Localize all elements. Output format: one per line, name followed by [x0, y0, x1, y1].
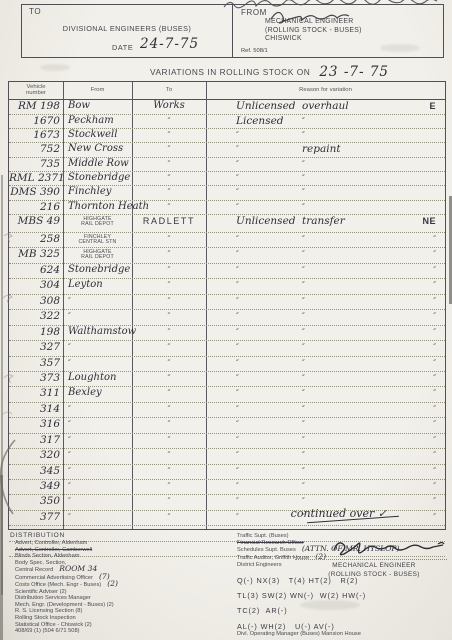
- table-row: 752New Cross″″repaint: [9, 143, 445, 157]
- reason-part-2: ″: [302, 158, 305, 170]
- reason-part-2: ″: [302, 233, 305, 245]
- to-cell: ″: [132, 115, 206, 128]
- reason-part-1: ″: [236, 143, 239, 155]
- column-header-from: From: [63, 87, 132, 93]
- from-cell: ″: [63, 465, 132, 479]
- reason-part-2: ″: [302, 387, 305, 399]
- to-cell: ″: [132, 248, 206, 262]
- reason-part-1: ″: [236, 495, 239, 507]
- table-row: 357″″″″″: [9, 357, 445, 372]
- from-cell: ″: [63, 434, 132, 448]
- vehicle-number-cell: 322: [9, 310, 63, 324]
- licence-status-note: ″: [433, 264, 436, 276]
- from-line-3: CHISWICK: [265, 35, 362, 44]
- to-cell: ″: [132, 465, 206, 479]
- column-header-vehicle: Vehicle number: [9, 84, 63, 97]
- reason-part-2: transfer: [302, 215, 345, 228]
- reason-part-1: Licensed: [236, 115, 284, 128]
- reason-cell: ″″″: [206, 248, 445, 262]
- table-row: 311Bexley″″″″: [9, 387, 445, 402]
- from-cell: ″: [63, 310, 132, 324]
- from-cell: Stonebridge: [63, 264, 132, 278]
- from-cell: New Cross: [63, 143, 132, 156]
- vehicle-number-cell: 308: [9, 295, 63, 309]
- licence-status-note: ″: [433, 387, 436, 399]
- scan-smudge: [300, 600, 360, 610]
- vehicle-number-cell: 317: [9, 434, 63, 448]
- to-cell: ″: [132, 434, 206, 448]
- table-row: RM 198BowWorksUnlicensedoverhaulE: [9, 100, 445, 114]
- reason-cell: ″″″: [206, 341, 445, 355]
- to-cell: ″: [132, 372, 206, 386]
- licence-status-note: ″: [433, 341, 436, 353]
- vehicle-number-cell: 373: [9, 372, 63, 386]
- reason-part-2: ″: [302, 129, 305, 141]
- from-cell: ″: [63, 495, 132, 509]
- licence-status-note: ″: [433, 279, 436, 291]
- scan-edge-right: [449, 196, 452, 304]
- licence-status-note: ″: [433, 449, 436, 461]
- reason-part-2: repaint: [302, 143, 341, 156]
- distribution-list-item: 408/69 (1) (504 6/71 508): [15, 628, 200, 635]
- reason-part-1: ″: [236, 434, 239, 446]
- to-cell: ″: [132, 186, 206, 199]
- table-row: 735Middle Row″″″: [9, 158, 445, 172]
- from-cell: ″: [63, 295, 132, 309]
- to-cell: ″: [132, 233, 206, 247]
- reason-cell: ″repaint: [206, 143, 445, 156]
- from-cell: Walthamstow: [63, 326, 132, 340]
- to-cell: ″: [132, 129, 206, 142]
- reason-part-2: ″: [302, 201, 305, 213]
- licence-status-note: ″: [433, 233, 436, 245]
- from-cell: Finchley: [63, 186, 132, 199]
- table-row: DMS 390Finchley″″″: [9, 186, 445, 200]
- from-label: FROM: [241, 8, 267, 17]
- reason-part-1: Unlicensed: [236, 215, 296, 228]
- list-item-text: Advert, Controller, Aldenham: [15, 540, 87, 546]
- table-row: MBS 49HIGHGATE RAIL DEPOTRADLETTUnlicens…: [9, 215, 445, 233]
- reason-part-1: ″: [236, 158, 239, 170]
- from-cell: Leyton: [63, 279, 132, 293]
- to-cell: ″: [132, 511, 206, 525]
- reason-part-2: overhaul: [302, 100, 349, 113]
- reason-part-2: ″: [302, 403, 305, 415]
- from-cell: ″: [63, 418, 132, 432]
- from-cell: FINCHLEY CENTRAL STN: [63, 233, 132, 247]
- from-cell: Bexley: [63, 387, 132, 401]
- reason-part-1: ″: [236, 295, 239, 307]
- reason-cell: ″″″: [206, 465, 445, 479]
- from-address: MECHANICAL ENGINEER (ROLLING STOCK - BUS…: [265, 18, 362, 44]
- ref-number: Ref. 508/1: [241, 48, 268, 54]
- list-item-text: Traffic Supt. (Buses): [237, 533, 289, 539]
- reason-cell: ″″″: [206, 387, 445, 401]
- reason-cell: ″″″: [206, 279, 445, 293]
- vehicle-number-cell: 327: [9, 341, 63, 355]
- signature-dotted-line: [295, 559, 447, 560]
- to-value: DIVISIONAL ENGINEERS (BUSES): [22, 24, 232, 33]
- licence-status-note: ″: [433, 418, 436, 430]
- reason-part-1: ″: [236, 129, 239, 141]
- vehicle-number-cell: 735: [9, 158, 63, 171]
- licence-status-note: ″: [433, 403, 436, 415]
- table-row: 322″″″″″: [9, 310, 445, 325]
- reason-part-2: ″: [302, 264, 305, 276]
- date-label: DATE: [112, 43, 133, 52]
- to-cell: ″: [132, 201, 206, 214]
- reason-part-2: ″: [302, 418, 305, 430]
- reason-part-2: ″: [302, 357, 305, 369]
- vehicle-number-cell: 624: [9, 264, 63, 278]
- reason-part-2: ″: [302, 480, 305, 492]
- vehicle-number-cell: MB 325: [9, 248, 63, 262]
- reason-part-2: ″: [302, 115, 305, 127]
- from-line-1: MECHANICAL ENGINEER: [265, 18, 362, 27]
- date-value-handwritten: 24-7-75: [140, 36, 199, 52]
- list-item-text: Rolling Stock Inspection: [15, 615, 76, 621]
- licence-status-note: ″: [433, 248, 436, 260]
- table-row: 258FINCHLEY CENTRAL STN″″″″: [9, 233, 445, 248]
- divisional-operating-manager-line: Divl. Operating Manager (Buses) Mansion …: [237, 631, 361, 637]
- from-cell: ″: [63, 403, 132, 417]
- reason-cell: ″″″: [206, 295, 445, 309]
- to-cell: ″: [132, 341, 206, 355]
- to-cell: ″: [132, 326, 206, 340]
- licence-status-note: ″: [433, 434, 436, 446]
- reason-part-1: ″: [236, 465, 239, 477]
- vehicle-number-cell: 349: [9, 480, 63, 494]
- vehicle-number-cell: RML 2371: [9, 172, 63, 185]
- reason-part-1: ″: [236, 186, 239, 198]
- vehicle-number-cell: 377: [9, 511, 63, 525]
- form-header: TO DIVISIONAL ENGINEERS (BUSES) DATE 24-…: [21, 4, 444, 58]
- reason-part-1: Unlicensed: [236, 100, 296, 113]
- reason-cell: ″″″: [206, 480, 445, 494]
- table-row: MB 325HIGHGATE RAIL DEPOT″″″″: [9, 248, 445, 263]
- to-cell: ″: [132, 264, 206, 278]
- from-cell: Stonebridge: [63, 172, 132, 185]
- list-item-text: Distribution Services Manager: [15, 595, 91, 601]
- reason-part-1: ″: [236, 264, 239, 276]
- table-row: 314″″″″″: [9, 403, 445, 418]
- reason-part-1: ″: [236, 403, 239, 415]
- vehicle-number-cell: 357: [9, 357, 63, 371]
- table-row: 349″″″″″: [9, 480, 445, 495]
- distribution-heading: DISTRIBUTION: [10, 532, 65, 539]
- from-cell: ″: [63, 511, 132, 525]
- from-cell: Stockwell: [63, 129, 132, 142]
- table-row: 1670Peckham″Licensed″: [9, 115, 445, 129]
- vehicle-number-cell: 311: [9, 387, 63, 401]
- to-cell: ″: [132, 403, 206, 417]
- vehicle-number-cell: 314: [9, 403, 63, 417]
- reason-part-2: ″: [302, 465, 305, 477]
- from-cell: Bow: [63, 100, 132, 113]
- list-item-text: Mech. Engr. (Development - Buses) (2): [15, 602, 114, 608]
- to-cell: ″: [132, 387, 206, 401]
- list-item-text: Central Record: [15, 567, 53, 573]
- to-cell: Works: [132, 100, 206, 113]
- reason-part-1: ″: [236, 341, 239, 353]
- vehicle-number-cell: 320: [9, 449, 63, 463]
- reason-cell: ″″″: [206, 434, 445, 448]
- reason-cell: ″″″: [206, 357, 445, 371]
- reason-part-1: ″: [236, 310, 239, 322]
- to-cell: ″: [132, 158, 206, 171]
- vehicle-number-cell: 258: [9, 233, 63, 247]
- list-item-text: Commercial Advertising Officer: [15, 575, 93, 581]
- reason-part-2: ″: [302, 434, 305, 446]
- table-row: 216Thornton Heath″″″: [9, 201, 445, 215]
- table-row: 345″″″″″: [9, 465, 445, 480]
- licence-status-note: ″: [433, 310, 436, 322]
- reason-cell: ″″″: [206, 403, 445, 417]
- from-cell: HIGHGATE RAIL DEPOT: [63, 248, 132, 262]
- vehicle-number-cell: 216: [9, 201, 63, 214]
- reason-part-1: ″: [236, 172, 239, 184]
- reason-part-1: ″: [236, 480, 239, 492]
- list-item-text: R. S. Licensing Section (8): [15, 608, 82, 614]
- reason-cell: ″″″: [206, 310, 445, 324]
- list-item-text: Costs Office (Mech. Engr - Buses): [15, 582, 101, 588]
- reason-cell: ″″″: [206, 264, 445, 278]
- handwritten-annotation: ROOM 34: [59, 564, 97, 573]
- reason-cell: UnlicensedtransferNE: [206, 215, 445, 232]
- vehicle-number-cell: RM 198: [9, 100, 63, 113]
- vehicle-number-cell: 1673: [9, 129, 63, 142]
- reason-part-2: ″: [302, 326, 305, 338]
- table-row: 304Leyton″″″″: [9, 279, 445, 294]
- reason-part-1: ″: [236, 279, 239, 291]
- list-item-text: Statistical Office - Chiswick (2): [15, 622, 92, 628]
- from-cell: Middle Row: [63, 158, 132, 171]
- distribution-list-item: Traffic Auditor, Griffith House(2): [237, 554, 447, 562]
- vehicle-number-cell: DMS 390: [9, 186, 63, 199]
- reason-part-1: ″: [236, 233, 239, 245]
- reason-part-2: ″: [302, 372, 305, 384]
- vehicle-number-cell: 198: [9, 326, 63, 340]
- handwritten-annotation: (2): [107, 579, 118, 588]
- vehicle-number-cell: 316: [9, 418, 63, 432]
- from-cell: Peckham: [63, 115, 132, 128]
- table-row: 308″″″″″: [9, 295, 445, 310]
- title-date-handwritten: 23 -7- 75: [319, 64, 389, 80]
- table-header: Vehicle number From To Reason for variat…: [9, 82, 445, 100]
- from-cell: ″: [63, 341, 132, 355]
- to-cell: ″: [132, 418, 206, 432]
- vehicle-number-cell: 350: [9, 495, 63, 509]
- column-header-reason: Reason for variation: [206, 87, 445, 93]
- signoff-line-2: (ROLLING STOCK - BUSES): [298, 571, 450, 580]
- scanned-form-page: TO DIVISIONAL ENGINEERS (BUSES) DATE 24-…: [0, 0, 452, 640]
- reason-part-2: ″: [302, 279, 305, 291]
- list-item-text: Scientific Adviser (2): [15, 589, 67, 595]
- licence-status-note: ″: [433, 372, 436, 384]
- list-item-text: Blinds Section, Aldenham: [15, 553, 80, 559]
- title-typed: VARIATIONS IN ROLLING STOCK ON: [150, 67, 310, 77]
- list-item-text: Schedules Supt. Buses: [237, 547, 296, 553]
- table-row: 320″″″″″: [9, 449, 445, 464]
- distribution-left-list: Advert, Controller, AldenhamAdvert, Cont…: [15, 540, 200, 635]
- reason-part-2: ″: [302, 295, 305, 307]
- table-row: 198Walthamstow″″″″: [9, 326, 445, 341]
- reason-cell: ″″: [206, 158, 445, 171]
- licence-status-note: ″: [433, 495, 436, 507]
- from-cell: ″: [63, 357, 132, 371]
- table-row: 373Loughton″″″″: [9, 372, 445, 387]
- distribution-list-item: Costs Office (Mech. Engr - Buses)(2): [15, 581, 200, 589]
- reason-part-2: ″: [302, 341, 305, 353]
- reason-part-1: ″: [236, 326, 239, 338]
- vehicle-number-cell: 304: [9, 279, 63, 293]
- to-cell: ″: [132, 357, 206, 371]
- list-item-text: District Engineers: [237, 562, 282, 568]
- reason-part-1: ″: [236, 418, 239, 430]
- distribution-list-item: Schedules Supt. Buses(ATTN. OF MR. HYSLO…: [237, 546, 447, 554]
- table-row: 317″″″″″: [9, 434, 445, 449]
- to-label: TO: [29, 7, 41, 16]
- column-header-to: To: [132, 87, 206, 93]
- form-title: VARIATIONS IN ROLLING STOCK ON 23 -7- 75: [150, 63, 389, 79]
- licence-status-note: ″: [433, 295, 436, 307]
- reason-part-2: ″: [302, 248, 305, 260]
- licence-status-note: NE: [422, 215, 436, 228]
- reason-cell: ″″″: [206, 449, 445, 463]
- reason-cell: ″″″: [206, 326, 445, 340]
- vehicle-number-cell: 1670: [9, 115, 63, 128]
- from-cell: ″: [63, 449, 132, 463]
- reason-part-2: ″: [302, 186, 305, 198]
- signoff-title: MECHANICAL ENGINEER (ROLLING STOCK - BUS…: [298, 562, 450, 580]
- reason-cell: ″″″: [206, 372, 445, 386]
- scan-smudge: [40, 64, 70, 71]
- from-cell: Loughton: [63, 372, 132, 386]
- from-cell: HIGHGATE RAIL DEPOT: [63, 215, 132, 232]
- reason-cell: ″″″: [206, 418, 445, 432]
- to-cell: ″: [132, 279, 206, 293]
- scan-smudge: [380, 44, 420, 52]
- licence-status-note: ″: [433, 357, 436, 369]
- licence-status-note: E: [429, 100, 436, 113]
- licence-status-note: ″: [433, 511, 436, 523]
- licence-status-note: ″: [433, 326, 436, 338]
- to-cell: ″: [132, 310, 206, 324]
- reason-cell: ″″: [206, 201, 445, 214]
- table-body: RM 198BowWorksUnlicensedoverhaulE1670Pec…: [9, 100, 445, 529]
- scan-edge-left-dark: [0, 475, 3, 640]
- table-row: 316″″″″″: [9, 418, 445, 433]
- vehicle-number-cell: 752: [9, 143, 63, 156]
- reason-cell: Licensed″: [206, 115, 445, 128]
- from-cell: Thornton Heath: [63, 201, 132, 214]
- reason-part-2: ″: [302, 449, 305, 461]
- reason-part-1: ″: [236, 387, 239, 399]
- to-cell: RADLETT: [132, 215, 206, 232]
- to-cell: ″: [132, 449, 206, 463]
- signoff-line-1: MECHANICAL ENGINEER: [298, 562, 450, 571]
- licence-status-note: ″: [433, 480, 436, 492]
- table-row: 624Stonebridge″″″″: [9, 264, 445, 279]
- reason-part-2: ″: [302, 310, 305, 322]
- licence-status-note: ″: [433, 465, 436, 477]
- list-item-text: Financial Research Officer: [237, 540, 304, 546]
- list-item-text: Advert, Controller, Camberwell: [15, 547, 92, 553]
- reason-part-1: ″: [236, 357, 239, 369]
- vehicle-number-cell: MBS 49: [9, 215, 63, 232]
- reason-part-1: ″: [236, 201, 239, 213]
- variations-table: Vehicle number From To Reason for variat…: [8, 81, 446, 530]
- reason-part-2: ″: [302, 172, 305, 184]
- table-row: RML 2371Stonebridge″″″: [9, 172, 445, 186]
- table-row: 1673Stockwell″″″: [9, 129, 445, 143]
- reason-cell: ″″″: [206, 233, 445, 247]
- from-line-2: (ROLLING STOCK - BUSES): [265, 27, 362, 36]
- to-box: TO DIVISIONAL ENGINEERS (BUSES) DATE 24-…: [22, 5, 233, 57]
- to-cell: ″: [132, 295, 206, 309]
- to-cell: ″: [132, 143, 206, 156]
- reason-part-1: ″: [236, 449, 239, 461]
- list-item-text: 408/69 (1) (504 6/71 508): [15, 628, 80, 634]
- table-row: 327″″″″″: [9, 341, 445, 356]
- vehicle-number-cell: 345: [9, 465, 63, 479]
- reason-cell: ″″: [206, 172, 445, 185]
- reason-part-1: ″: [236, 248, 239, 260]
- reason-part-2: ″: [302, 495, 305, 507]
- to-cell: ″: [132, 172, 206, 185]
- to-cell: ″: [132, 495, 206, 509]
- reason-part-1: ″: [236, 372, 239, 384]
- from-cell: ″: [63, 480, 132, 494]
- distribution-list-item: Traffic Supt. (Buses): [237, 533, 447, 540]
- reason-part-1: ″: [236, 511, 239, 523]
- reason-cell: UnlicensedoverhaulE: [206, 100, 445, 113]
- reason-cell: ″″: [206, 186, 445, 199]
- reason-cell: ″″: [206, 129, 445, 142]
- to-cell: ″: [132, 480, 206, 494]
